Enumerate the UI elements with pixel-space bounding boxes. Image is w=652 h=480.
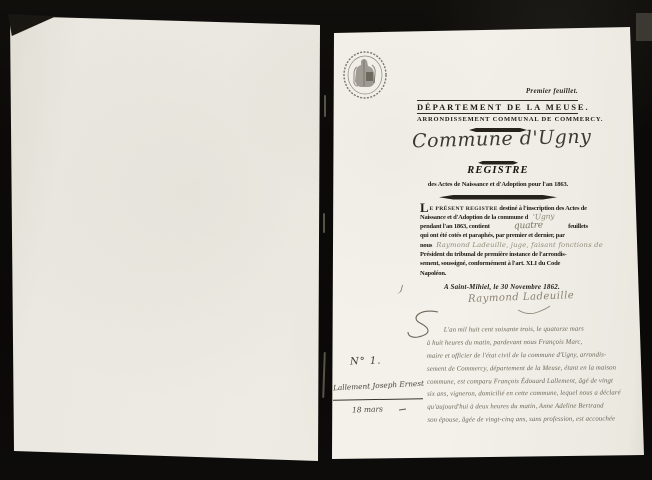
signature-paraph-flourish [516,301,552,319]
imperial-revenue-stamp-icon [341,50,389,100]
handwritten-judge-name: Raymond Ladeuille, juge, faisant fonctio… [436,241,603,249]
printed-text: destiné à l'inscription des Actes de [498,205,587,212]
folio-note: Premier feuillet. [500,87,578,95]
act-line: sement de Commercy, département de la Me… [427,362,645,376]
register-title: REGISTRE [417,165,579,176]
handwritten-folio-count: quatre [514,221,543,231]
declaration-line: pendant l'an 1863, contient quatre feuil… [420,222,588,231]
printed-text: Naissance et d'Adoption de la commune d [420,214,528,221]
header-rule [417,100,578,101]
act-line: six ans, vigneron, domicilié en cette co… [427,388,645,402]
smallcaps-text: E PRÉSENT REGISTRE [429,206,497,212]
district-header: ARRONDISSEMENT COMMUNAL DE COMMERCY. [417,116,579,123]
printed-text: nous [420,242,432,249]
printed-text: sement, soussigné, conformément à l'art.… [420,260,560,267]
act-line: son épouse, âgée de vingt-cinq ans, sans… [427,413,645,427]
spine-stitch [323,213,325,233]
margin-ink-dash [399,409,406,411]
register-subtitle: des Actes de Naissance et d'Adoption pou… [417,181,579,188]
declaration-line: qui ont été cotés et paraphés, par premi… [420,231,588,240]
declaration-line: LE PRÉSENT REGISTRE destiné à l'inscript… [420,203,588,212]
printed-text: feuillets [568,222,588,231]
declaration-line: sement, soussigné, conformément à l'art.… [420,259,588,268]
swelled-rule [417,195,579,200]
ornamental-rule [417,161,579,165]
printed-text: Président du tribunal de première instan… [420,251,567,258]
scanned-register-spread: Premier feuillet. DÉPARTEMENT DE LA MEUS… [0,0,652,480]
act-child-name: Lallement Joseph Ernest [333,379,424,393]
act-number: N° 1. [350,355,382,367]
birth-act-handwritten: L'an mil huit cent soixante trois, le qu… [427,323,646,428]
stray-ink-mark [395,283,403,294]
declaration-line: nousRaymond Ladeuille, juge, faisant fon… [420,241,588,250]
header-rule [417,113,578,114]
spine-stitch [324,95,326,117]
declaration-line: Président du tribunal de première instan… [420,250,588,259]
department-header: DÉPARTEMENT DE LA MEUSE. [417,102,579,112]
printed-text: Napoléon. [420,270,446,277]
spine-stitch [322,352,326,398]
margin-ink-line [333,398,423,401]
act-date: 18 mars [352,404,383,414]
declaration-paragraph: LE PRÉSENT REGISTRE destiné à l'inscript… [420,203,588,278]
printed-text: qui ont été cotés et paraphés, par premi… [420,232,565,239]
printed-text: pendant l'an 1863, contient [420,222,490,231]
commune-handwritten: Commune d'Ugny [412,126,593,153]
book-cover-edge [636,13,652,41]
declaration-line: Napoléon. [420,269,588,278]
declaration-line: Naissance et d'Adoption de la commune d'… [420,212,588,221]
